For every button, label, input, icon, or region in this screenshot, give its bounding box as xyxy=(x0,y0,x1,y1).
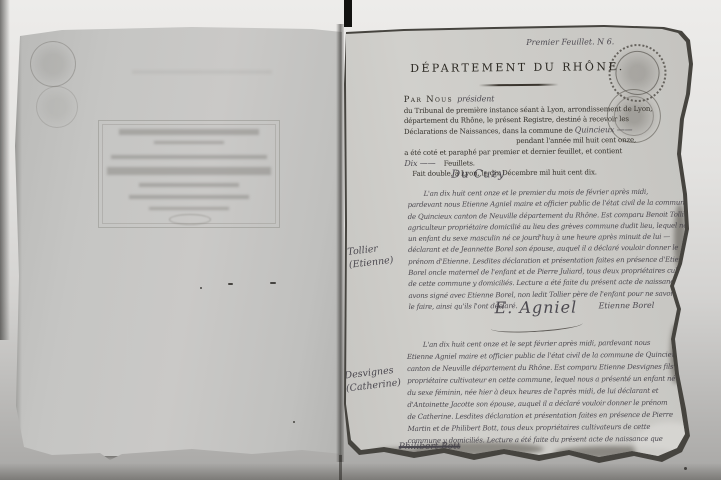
bleedthrough-title-box xyxy=(98,120,280,228)
bleedthrough-text-smudge xyxy=(107,167,271,175)
preamble-line: Fait double, à Lyon, le dix Décembre mil… xyxy=(404,167,682,180)
binding-lower-shadow xyxy=(339,455,342,480)
witness-signature: Etienne Borel xyxy=(599,301,655,310)
ink-speck xyxy=(228,283,233,285)
photo-bottom-shadow-band xyxy=(0,463,721,480)
binding-gutter-shadow xyxy=(336,24,344,462)
birth-act-entry: L'an dix huit cent onze et le premier du… xyxy=(408,186,709,313)
binding-top-gap xyxy=(344,0,352,27)
background-speck xyxy=(684,467,687,470)
bleedthrough-text-smudge xyxy=(139,183,239,187)
bleedthrough-text-smudge xyxy=(119,129,259,135)
preamble-line: Déclarations de Naissances, dans la comm… xyxy=(404,126,573,135)
struck-out-signature: Philibert Bott xyxy=(399,442,461,453)
folio-note: Premier Feuillet. N 6. xyxy=(526,37,614,47)
signature-flourish xyxy=(490,317,583,335)
par-nous-handwritten: président xyxy=(457,94,494,103)
ink-speck xyxy=(200,287,202,289)
bleedthrough-text-smudge xyxy=(149,207,229,210)
entry-margin-note: Desvignes (Catherine) xyxy=(344,363,402,395)
bleedthrough-text-smudge xyxy=(111,155,267,159)
ink-speck xyxy=(293,421,295,423)
register-scan: Premier Feuillet. N 6. DÉPARTEMENT DU RH… xyxy=(0,0,721,480)
birth-act-entry: L'an dix huit cent onze et le sept févri… xyxy=(407,336,710,447)
feuillets-label: Feuillets. xyxy=(444,159,475,167)
left-page xyxy=(12,26,342,456)
par-nous-label: Par Nous xyxy=(404,95,453,105)
entry-margin-note: Tollier (Etienne) xyxy=(347,241,394,272)
bleedthrough-text-smudge xyxy=(132,70,272,74)
registrar-signature: Du Cuzy xyxy=(451,167,505,180)
ink-speck xyxy=(270,282,276,284)
bleedthrough-text-smudge xyxy=(129,195,249,199)
title-rule xyxy=(479,84,559,87)
imperial-eagle-stamp-icon xyxy=(607,89,661,143)
right-page: Premier Feuillet. N 6. DÉPARTEMENT DU RH… xyxy=(344,24,702,464)
feuillets-count-handwritten: Dix —— xyxy=(404,158,435,167)
left-page-edge-shade xyxy=(12,26,22,456)
faint-bleedthrough-stamp-icon xyxy=(30,41,76,87)
bleedthrough-text-smudge xyxy=(154,141,224,144)
bleedthrough-oval-smudge xyxy=(169,214,211,225)
right-page-content: Premier Feuillet. N 6. DÉPARTEMENT DU RH… xyxy=(342,22,704,465)
stamp-inner-ring xyxy=(614,96,654,136)
photo-left-dark-edge xyxy=(0,0,10,340)
official-signature: E. Agniel xyxy=(494,298,577,318)
faint-bleedthrough-stamp-icon xyxy=(36,86,78,128)
right-page-torn-edge: Premier Feuillet. N 6. DÉPARTEMENT DU RH… xyxy=(344,24,702,464)
